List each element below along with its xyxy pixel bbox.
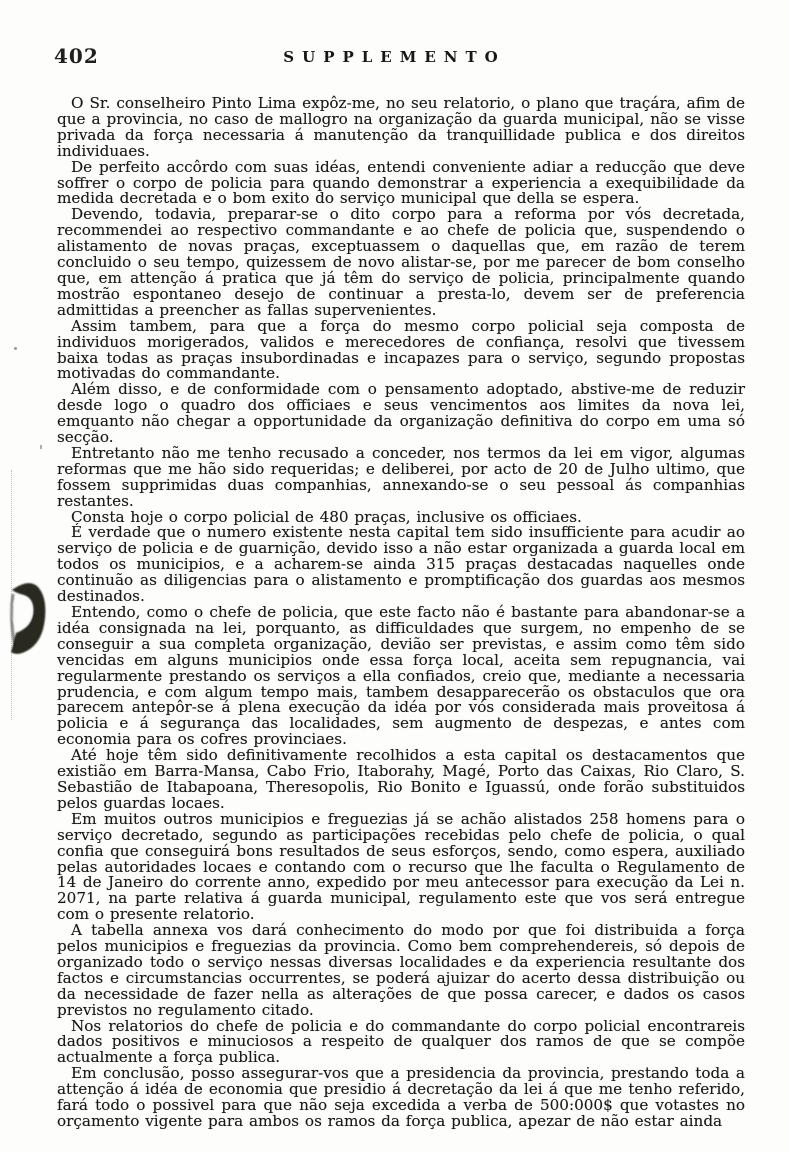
- page-header-title: SUPPLEMENTO: [0, 48, 789, 66]
- paragraph: É verdade que o numero existente nesta c…: [57, 525, 745, 605]
- paragraph: Nos relatorios do chefe de policia e do …: [57, 1019, 745, 1067]
- scan-speck-artifact: [40, 445, 42, 449]
- scan-speck-artifact: [14, 347, 17, 350]
- scan-edge-artifact: [11, 470, 12, 720]
- paragraph: Assim tambem, para que a força do mesmo …: [57, 319, 745, 383]
- paragraph: Devendo, todavia, preparar-se o dito cor…: [57, 207, 745, 318]
- paragraph: Além disso, e de conformidade com o pens…: [57, 382, 745, 446]
- paragraph: A tabella annexa vos dará conhecimento d…: [57, 923, 745, 1018]
- paragraph: Entendo, como o chefe de policia, que es…: [57, 605, 745, 748]
- document-page: 402 SUPPLEMENTO O Sr. conselheiro Pinto …: [0, 0, 789, 1152]
- paragraph: De perfeito accôrdo com suas idéas, ente…: [57, 160, 745, 208]
- document-body: O Sr. conselheiro Pinto Lima expôz-me, n…: [57, 96, 745, 1130]
- paragraph: O Sr. conselheiro Pinto Lima expôz-me, n…: [57, 96, 745, 160]
- paragraph: Até hoje têm sido definitivamente recolh…: [57, 748, 745, 812]
- paragraph: Em muitos outros municipios e freguezias…: [57, 812, 745, 923]
- paragraph: Entretanto não me tenho recusado a conce…: [57, 446, 745, 510]
- paragraph: Em conclusão, posso assegurar-vos que a …: [57, 1066, 745, 1130]
